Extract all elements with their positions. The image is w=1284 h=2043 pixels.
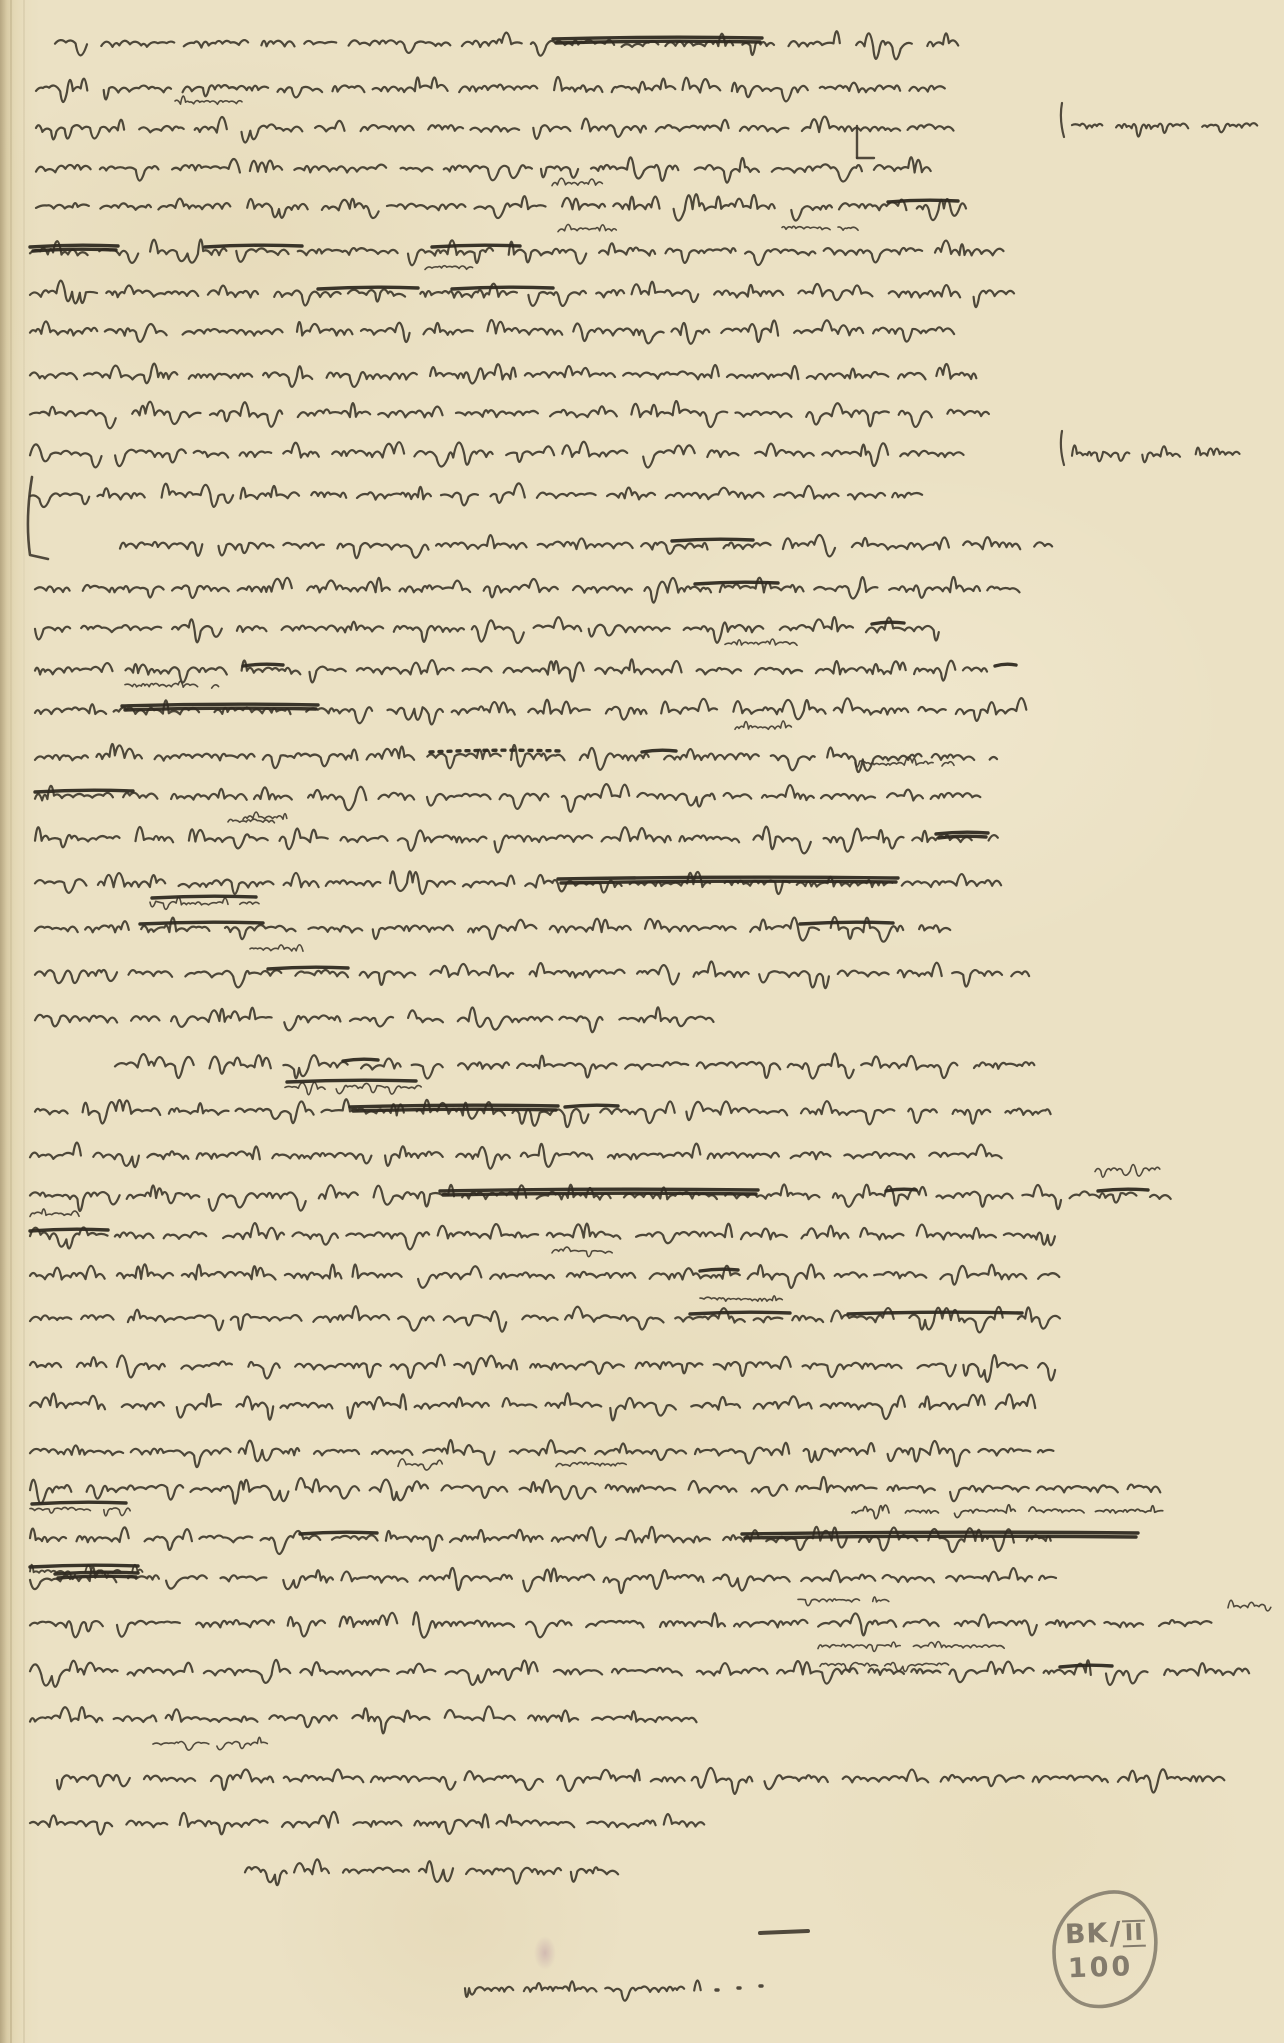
strikethrough <box>558 877 898 883</box>
strikethrough <box>287 1080 416 1082</box>
stamp-number: 100 <box>1038 1950 1163 1985</box>
interlinear-insertion <box>175 96 258 104</box>
interlinear-insertion <box>725 639 797 645</box>
handwriting-line <box>57 1768 1224 1794</box>
strikethrough <box>268 967 348 969</box>
interlinear-insertion <box>30 1507 130 1515</box>
strikethrough <box>440 1189 758 1195</box>
handwriting-line <box>35 784 980 812</box>
handwriting-line <box>30 281 1014 307</box>
strikethrough <box>872 622 904 624</box>
interlinear-insertion <box>558 224 616 231</box>
strikethrough <box>672 539 753 541</box>
handwriting-line <box>30 1660 1249 1687</box>
strikethrough <box>700 1269 738 1271</box>
interlinear-insertion <box>556 1462 626 1466</box>
handwriting-line <box>30 1812 704 1835</box>
interlinear-insertion <box>285 1082 421 1094</box>
handwriting-line <box>852 1505 1163 1519</box>
ink-mark <box>760 1931 808 1933</box>
handwriting-line <box>465 1980 701 2000</box>
insert-bracket <box>28 477 48 559</box>
handwriting-line <box>30 1440 1053 1467</box>
handwriting-line <box>30 1567 1056 1593</box>
interlinear-insertion <box>782 226 858 230</box>
handwriting-line <box>30 1223 1055 1249</box>
strikethrough <box>205 245 302 247</box>
strikethrough <box>800 922 893 924</box>
handwriting-line <box>35 659 987 682</box>
stamp-code: BK/II <box>1043 1914 1168 1954</box>
interlinear-insertion <box>798 1597 889 1606</box>
strikethrough <box>30 1229 108 1231</box>
interlinear-insertion <box>243 812 287 819</box>
interlinear-insertion <box>700 1296 782 1301</box>
strikethrough <box>995 664 1016 666</box>
strikethrough <box>152 896 256 898</box>
interlinear-insertion <box>30 1209 79 1217</box>
strikethrough <box>432 245 520 247</box>
interlinear-insertion <box>552 178 602 185</box>
strikethrough <box>695 582 778 584</box>
stamp-separator: / <box>1108 1915 1124 1951</box>
strikethrough <box>742 1532 1138 1538</box>
handwriting-line <box>30 442 964 468</box>
handwriting-line <box>35 1099 1051 1127</box>
handwriting-line <box>30 483 922 507</box>
interlinear-insertion <box>425 266 473 270</box>
strikethrough <box>1060 1665 1112 1667</box>
strikethrough <box>318 287 418 289</box>
stamp-code-letters: BK <box>1064 1918 1109 1950</box>
strikethrough <box>452 287 553 289</box>
strikethrough <box>343 1059 378 1061</box>
handwriting-line <box>115 1054 1034 1079</box>
stamp-roman-numeral: II <box>1122 1920 1146 1948</box>
manuscript-page: BK/II 100 <box>0 0 1284 2043</box>
strikethrough <box>553 37 762 43</box>
handwriting-line <box>35 617 939 643</box>
strikethrough <box>642 750 676 752</box>
handwriting-line <box>35 698 1026 724</box>
handwriting-line <box>30 1393 1035 1420</box>
interlinear-insertion <box>398 1459 442 1470</box>
handwriting-line <box>30 364 976 387</box>
handwriting-line <box>36 194 966 220</box>
strikethrough <box>35 790 133 792</box>
strikethrough <box>243 664 283 666</box>
handwriting-line <box>36 117 954 143</box>
handwriting-line <box>35 1007 714 1032</box>
handwriting-line <box>35 917 950 942</box>
interlinear-insertion <box>552 1247 612 1257</box>
margin-bracket <box>1061 103 1064 137</box>
interlinear-insertion <box>818 1642 1004 1652</box>
strikethrough <box>32 1502 126 1504</box>
handwriting-line <box>30 1143 1002 1169</box>
strikethrough <box>886 1189 916 1191</box>
handwriting-line <box>55 31 958 59</box>
margin-note <box>1072 445 1240 462</box>
handwriting-line <box>36 77 945 102</box>
interlinear-insertion <box>153 1737 267 1750</box>
strikethrough <box>430 750 560 752</box>
handwriting-line <box>30 1477 1160 1504</box>
strikethrough <box>300 1532 377 1534</box>
strikethrough <box>140 922 263 924</box>
interlinear-insertion <box>1095 1165 1160 1178</box>
strikethrough <box>690 1312 790 1314</box>
handwriting-line <box>35 827 998 854</box>
strikethrough <box>350 1105 558 1111</box>
strikethrough <box>565 1105 618 1107</box>
handwriting-line <box>30 1612 1211 1637</box>
handwriting-line <box>30 1355 1055 1382</box>
margin-note <box>1072 123 1257 136</box>
interlinear-insertion <box>735 721 791 729</box>
handwriting-line <box>30 320 954 344</box>
handwriting-line <box>36 157 931 182</box>
handwriting-line <box>30 1706 697 1733</box>
interlinear-insertion <box>125 681 219 688</box>
strikethrough <box>848 1312 1022 1314</box>
handwriting-line <box>245 1859 618 1885</box>
handwriting-layer <box>0 0 1284 2043</box>
handwriting-line <box>30 240 1004 266</box>
strikethrough <box>30 1565 138 1567</box>
handwriting-line <box>120 535 1052 558</box>
handwriting-line <box>35 577 1020 603</box>
strikethrough <box>936 832 988 838</box>
handwriting-line <box>35 744 997 772</box>
interlinear-insertion <box>150 897 259 909</box>
handwriting-line <box>30 1264 1059 1288</box>
margin-bracket <box>1061 431 1064 465</box>
interlinear-insertion <box>1228 1600 1271 1611</box>
handwriting-line <box>35 962 1029 989</box>
archival-stamp: BK/II 100 <box>1042 1884 1170 2018</box>
interlinear-insertion <box>250 945 303 951</box>
handwriting-line <box>30 401 989 428</box>
handwriting-line <box>30 1306 1060 1332</box>
strikethrough <box>1098 1189 1148 1191</box>
interlinear-insertion <box>228 819 274 823</box>
strikethrough <box>888 200 958 202</box>
